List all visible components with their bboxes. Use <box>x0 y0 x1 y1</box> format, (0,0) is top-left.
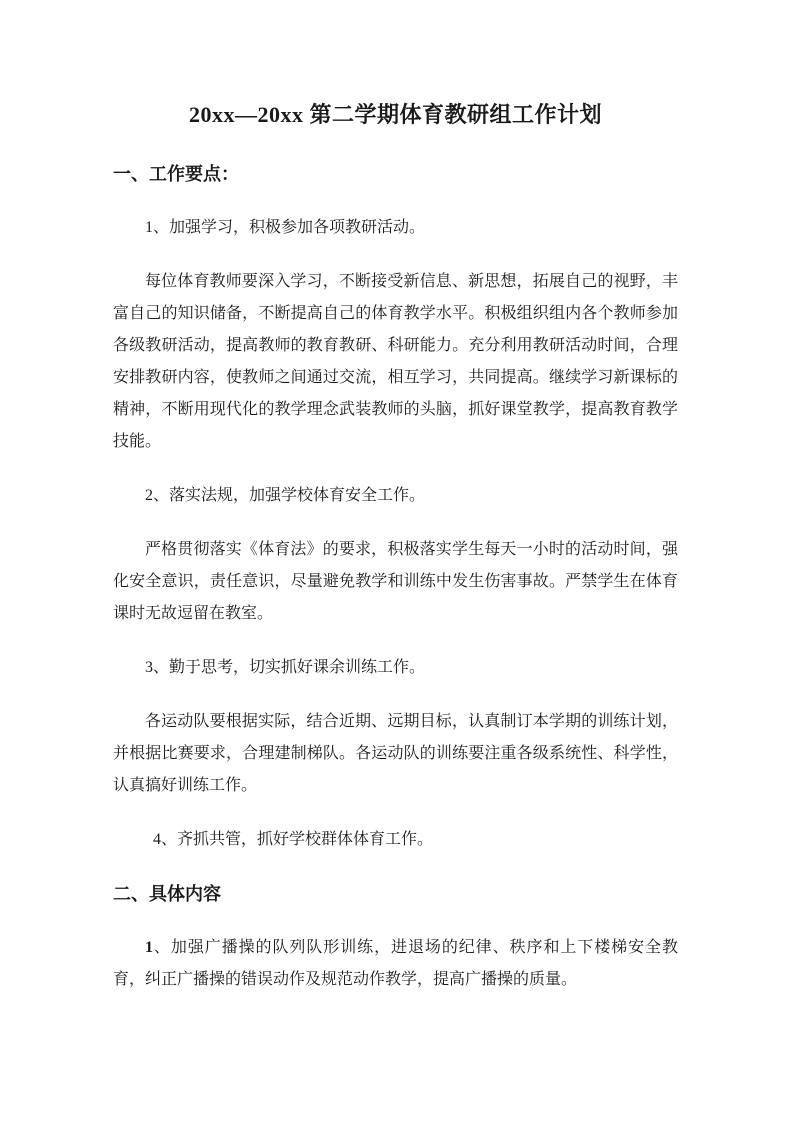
section1-paragraph3: 各运动队要根据实际，结合近期、远期目标，认真制订本学期的训练计划，并根据比赛要求… <box>113 706 678 802</box>
section1-paragraph2: 严格贯彻落实《体育法》的要求，积极落实学生每天一小时的活动时间，强化安全意识，责… <box>113 534 678 630</box>
section1-item3: 3、勤于思考，切实抓好课余训练工作。 <box>113 652 678 684</box>
section2-item1: 1、加强广播操的队列队形训练，进退场的纪律、秩序和上下楼梯安全教育，纠正广播操的… <box>113 932 678 996</box>
section2-item1-text: 、加强广播操的队列队形训练，进退场的纪律、秩序和上下楼梯安全教育，纠正广播操的错… <box>113 939 678 988</box>
document-page: 20xx—20xx 第二学期体育教研组工作计划 一、工作要点： 1、加强学习，积… <box>0 0 793 1122</box>
section2-item1-number: 1 <box>145 939 153 956</box>
section1-item4: 4、齐抓共管，抓好学校群体体育工作。 <box>113 824 678 856</box>
section1-item1: 1、加强学习，积极参加各项教研活动。 <box>113 212 678 244</box>
document-title: 20xx—20xx 第二学期体育教研组工作计划 <box>113 100 678 130</box>
section1-item2: 2、落实法规，加强学校体育安全工作。 <box>113 480 678 512</box>
section2-heading: 二、具体内容 <box>113 878 678 910</box>
section1-heading: 一、工作要点： <box>113 158 678 190</box>
section1-paragraph1: 每位体育教师要深入学习，不断接受新信息、新思想，拓展自己的视野，丰富自己的知识储… <box>113 266 678 458</box>
